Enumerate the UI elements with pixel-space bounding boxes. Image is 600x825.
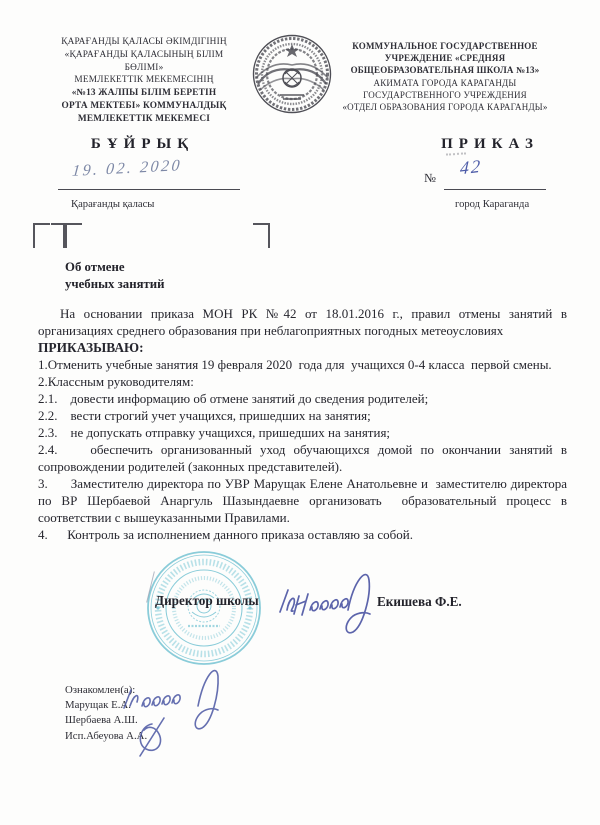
date-underline [58, 189, 240, 190]
handwritten-date: 19. 02. 2020 [71, 157, 182, 181]
order-item: 1.Отменить учебные занятия 19 февраля 20… [38, 356, 567, 373]
org-line: ОРТА МЕКТЕБІ» КОММУНАЛДЫҚ [38, 100, 250, 113]
number-underline [444, 189, 546, 190]
handwritten-order-number: 42 [460, 156, 483, 180]
resolve-word: ПРИКАЗЫВАЮ: [38, 339, 567, 356]
order-item: 2.3. не допускать отправку учащихся, при… [38, 424, 567, 441]
order-body: На основании приказа МОН РК №42 от 18.01… [38, 305, 567, 543]
org-line: ҚАРАҒАНДЫ ҚАЛАСЫ ӘКІМДІГІНІҢ [38, 36, 250, 49]
org-name-kazakh: ҚАРАҒАНДЫ ҚАЛАСЫ ӘКІМДІГІНІҢ «ҚАРАҒАНДЫ … [38, 36, 250, 126]
org-line: МЕМЛЕКЕТТІК МЕКЕМЕСІ [38, 113, 250, 126]
order-subject: Об отмене учебных занятий [65, 259, 165, 292]
signer-role: Директор школы [155, 593, 259, 609]
org-line: УЧРЕЖДЕНИЕ «СРЕДНЯЯ [322, 52, 568, 64]
number-sign-label: № [424, 171, 436, 186]
order-item: 2.4. обеспечить организованный уход обуч… [38, 441, 567, 475]
subject-line: учебных занятий [65, 276, 165, 293]
corner-mark-icon [51, 223, 65, 248]
order-title-kazakh: БҰЙРЫҚ [60, 136, 225, 153]
corner-mark-icon [253, 223, 270, 248]
org-line: МЕМЛЕКЕТТІК МЕКЕМЕСІНІҢ [38, 74, 250, 87]
org-line: КОММУНАЛЬНОЕ ГОСУДАРСТВЕННОЕ [322, 40, 568, 52]
org-name-russian: КОММУНАЛЬНОЕ ГОСУДАРСТВЕННОЕ УЧРЕЖДЕНИЕ … [322, 40, 568, 113]
acknowledgement-signature-abeuova [128, 712, 178, 762]
org-line: ОБЩЕОБРАЗОВАТЕЛЬНАЯ ШКОЛА №13» [322, 64, 568, 76]
subject-line: Об отмене [65, 259, 165, 276]
org-line: БӨЛІМІ» [38, 62, 250, 75]
place-kazakh: Қарағанды қаласы [71, 199, 154, 210]
faint-pencil-mark [446, 152, 466, 155]
org-line: «ҚАРАҒАНДЫ ҚАЛАСЫНЫҢ БІЛІМ [38, 49, 250, 62]
corner-mark-icon [33, 223, 50, 248]
signer-name: Екишева Ф.Е. [377, 594, 462, 610]
org-line: «ОТДЕЛ ОБРАЗОВАНИЯ ГОРОДА КАРАГАНДЫ» [322, 101, 568, 113]
order-title-russian: ПРИКАЗ [415, 136, 565, 153]
order-item: 3. Заместителю директора по УВР Марущак … [38, 475, 567, 526]
order-item: 2.1. довести информацию об отмене заняти… [38, 390, 567, 407]
corner-mark-icon [65, 223, 82, 248]
org-line: ГОСУДАРСТВЕННОГО УЧРЕЖДЕНИЯ [322, 89, 568, 101]
body-intro: На основании приказа МОН РК №42 от 18.01… [38, 305, 567, 339]
order-item: 2.Классным руководителям: [38, 373, 567, 390]
order-item: 4. Контроль за исполнением данного прика… [38, 526, 567, 543]
director-signature [274, 560, 386, 648]
order-item: 2.2. вести строгий учет учащихся, пришед… [38, 407, 567, 424]
place-russian: город Караганда [455, 199, 529, 210]
org-line: «№13 ЖАЛПЫ БІЛІМ БЕРЕТІН [38, 87, 250, 100]
org-line: АКИМАТА ГОРОДА КАРАГАНДЫ [322, 77, 568, 89]
scanned-order-document: ҚАРАҒАНДЫ ҚАЛАСЫ ӘКІМДІГІНІҢ «ҚАРАҒАНДЫ … [0, 0, 600, 825]
